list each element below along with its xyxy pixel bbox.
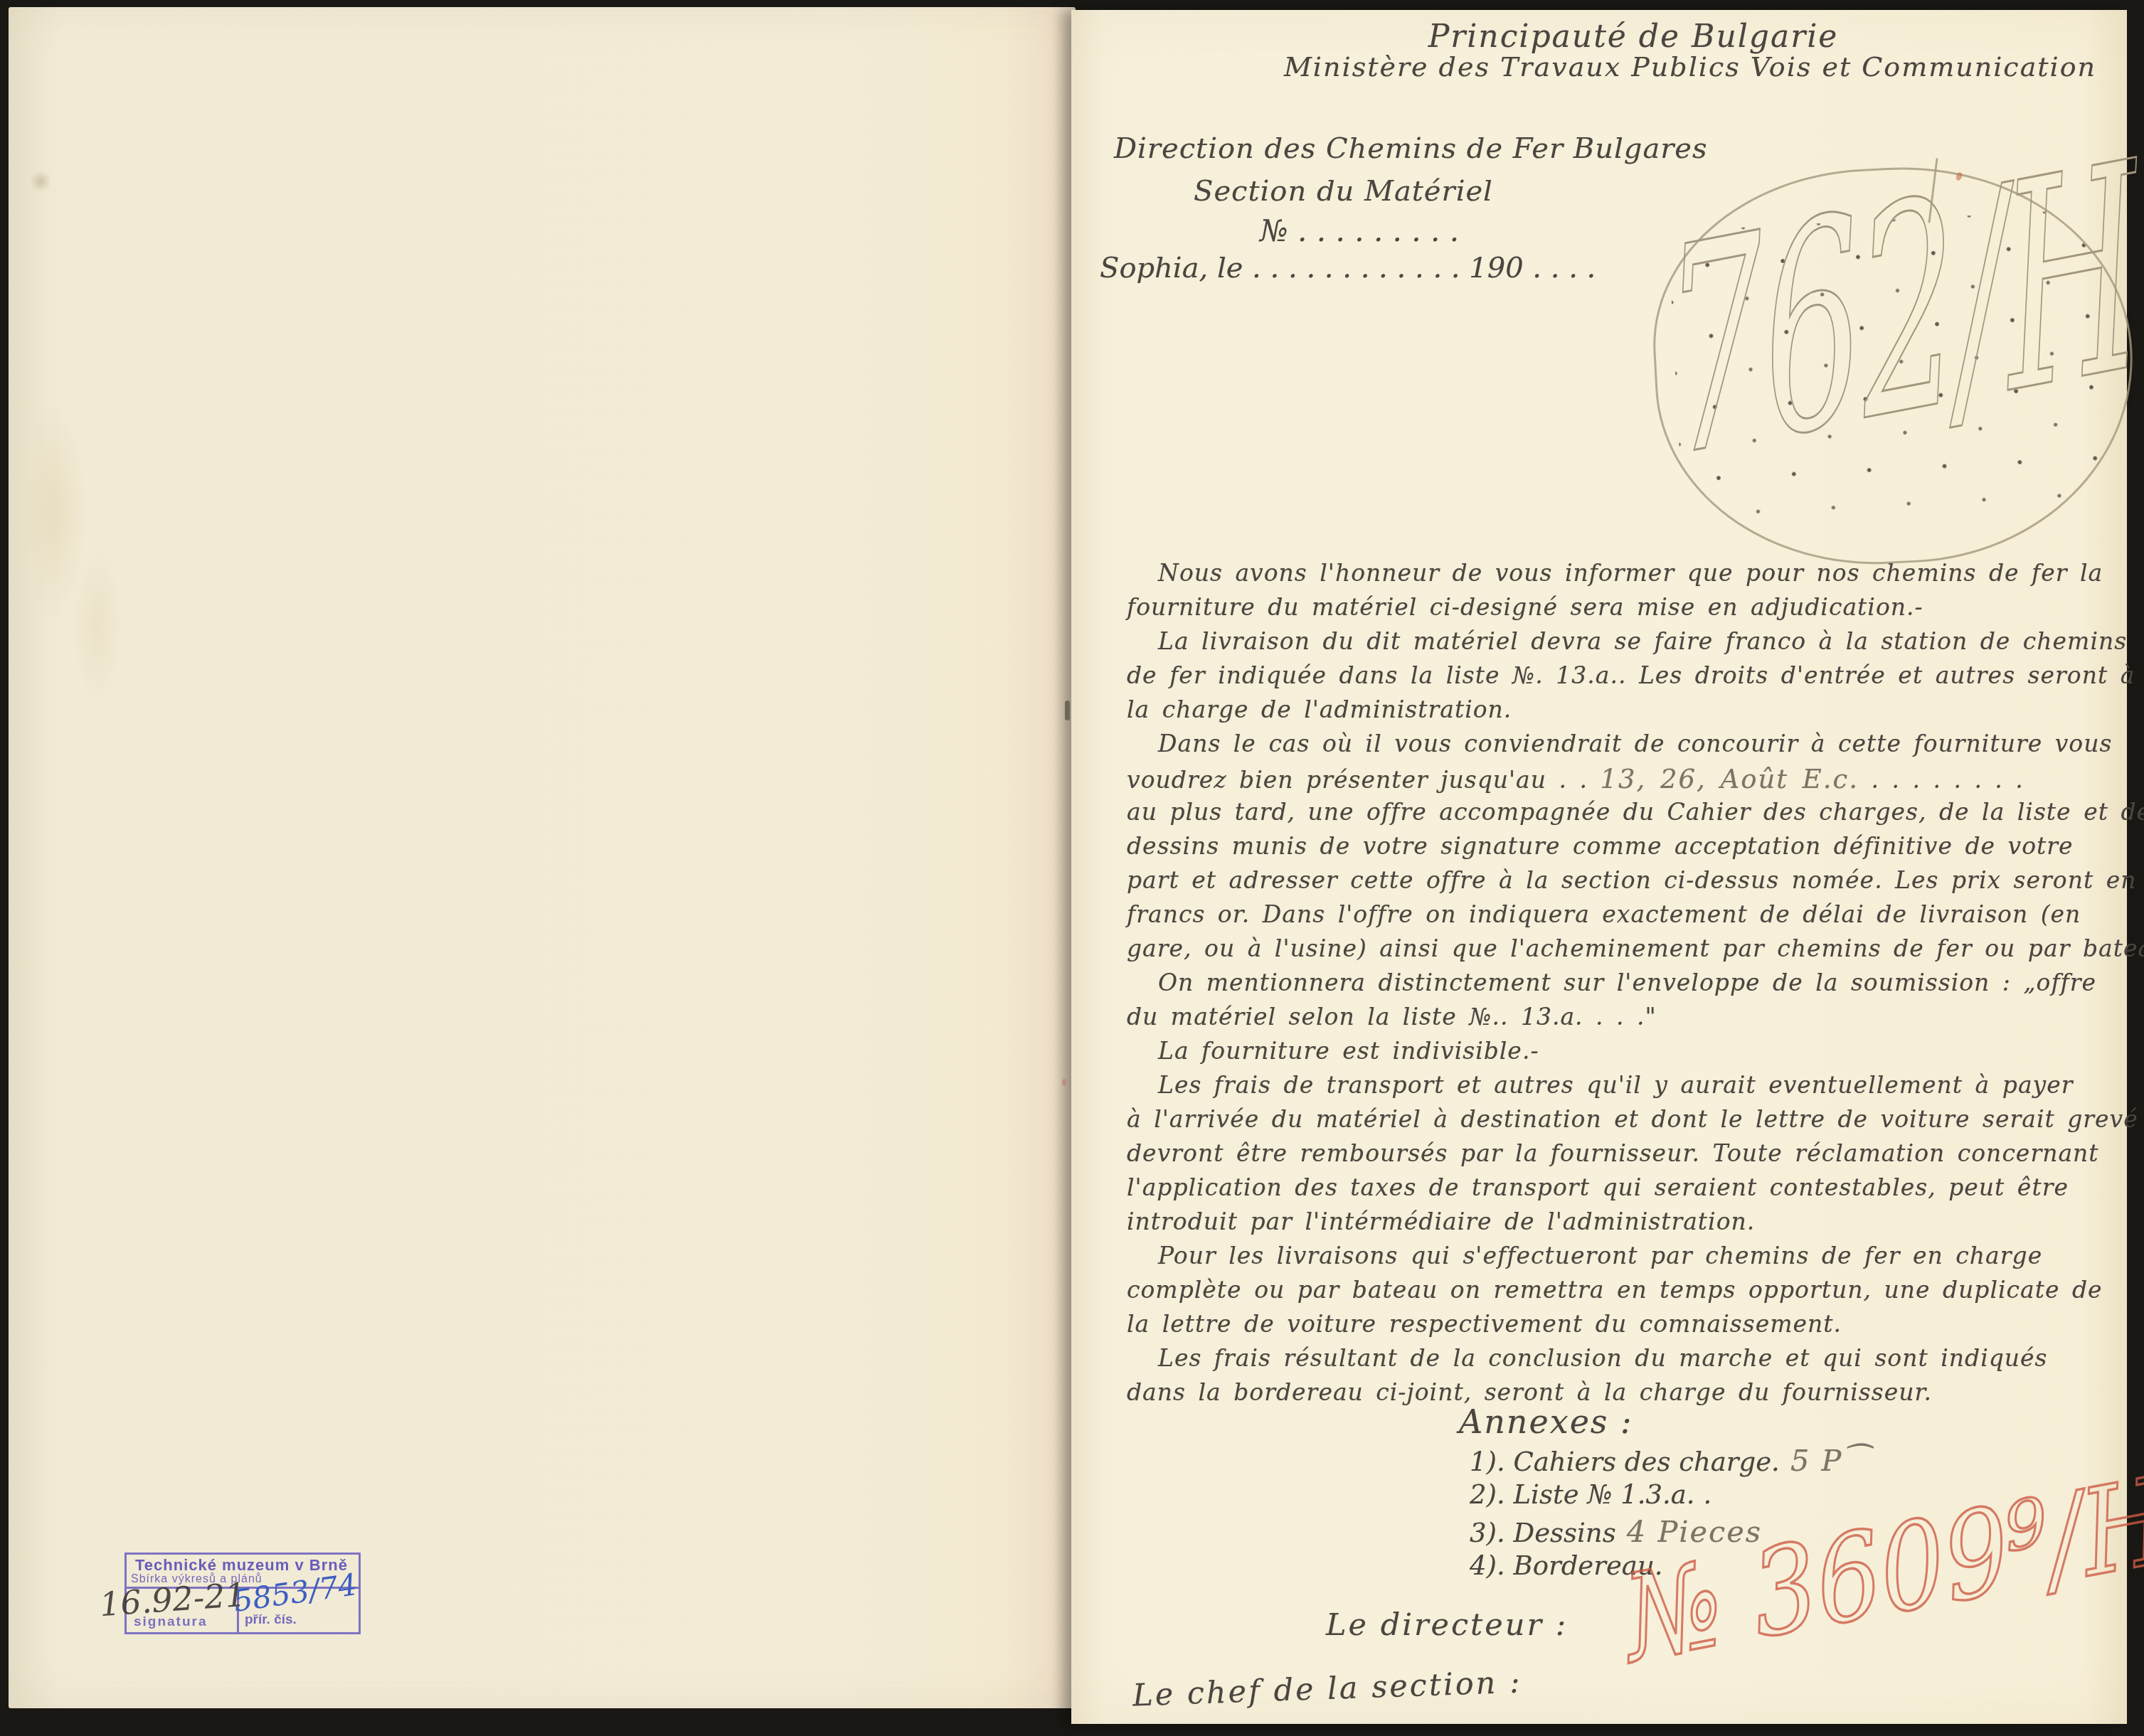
body-line: du matériel selon la liste №.. 13.a. . .… xyxy=(1127,1003,2144,1037)
body-line-part: francs or. Dans l'offre on indiquera exa… xyxy=(1127,900,2081,928)
body-line-part: 5 P⁀ xyxy=(1780,1444,1868,1478)
body-line-part: du matériel selon la liste №.. 13.a. . .… xyxy=(1127,1003,1657,1031)
body-line-part: part et adresser cette offre à la sectio… xyxy=(1127,866,2136,894)
body-line-part: complète ou par bateau on remettra en te… xyxy=(1127,1276,2103,1304)
office-line-2: Section du Matériel xyxy=(1194,175,1493,208)
body-line: Pour les livraisons qui s'effectueront p… xyxy=(1127,1242,2144,1276)
annexes-title: Annexes : xyxy=(1459,1402,1633,1441)
letter-header-country: Principauté de Bulgarie xyxy=(1413,18,1854,55)
page-right-letter: Principauté de Bulgarie Ministère des Tr… xyxy=(1071,10,2127,1724)
body-line: Dans le cas où il vous conviendrait de c… xyxy=(1127,730,2144,764)
body-line-part: l'application des taxes de transport qui… xyxy=(1127,1173,2069,1201)
number-line: № . . . . . . . . . xyxy=(1260,213,1459,248)
page-stain xyxy=(73,548,122,704)
letter-body: Nous avons l'honneur de vous informer qu… xyxy=(1127,559,2144,1412)
body-line-part: la lettre de voiture respectivement du c… xyxy=(1127,1310,1842,1338)
letter-header-ministry: Ministère des Travaux Publics Vois et Co… xyxy=(1278,51,2103,82)
body-line: dans la bordereau ci-joint, seront à la … xyxy=(1127,1378,2144,1412)
body-line: La livraison du dit matériel devra se fa… xyxy=(1127,627,2144,661)
body-line: voudrez bien présenter jusqu'au . . 13, … xyxy=(1127,764,2144,798)
page-stain xyxy=(23,405,87,619)
body-line: Nous avons l'honneur de vous informer qu… xyxy=(1127,559,2144,593)
body-line: l'application des taxes de transport qui… xyxy=(1127,1173,2144,1208)
body-line: fourniture du matériel ci-designé sera m… xyxy=(1127,593,2144,627)
body-line: la lettre de voiture respectivement du c… xyxy=(1127,1310,2144,1344)
body-line-part: introduit par l'intérmédiaire de l'admin… xyxy=(1127,1208,1755,1235)
body-line-part: La livraison du dit matériel devra se fa… xyxy=(1158,627,2127,655)
body-line-part: Les frais résultant de la conclusion du … xyxy=(1158,1344,2048,1372)
page-stain xyxy=(30,171,51,192)
body-line-part: devront être remboursés par la fournisse… xyxy=(1127,1139,2099,1167)
body-line-part: Les frais de transport et autres qu'il y… xyxy=(1158,1071,2074,1099)
body-line: La fourniture est indivisible.- xyxy=(1127,1037,2144,1071)
body-line-part: . . . . . . . . xyxy=(1859,766,2024,794)
body-line-part: la charge de l'administration. xyxy=(1127,696,1512,723)
body-line-part: 2). Liste № 1.3.a. . xyxy=(1470,1479,1712,1510)
body-line: complète ou par bateau on remettra en te… xyxy=(1127,1276,2144,1310)
red-speck xyxy=(1062,1079,1066,1086)
body-line: la charge de l'administration. xyxy=(1127,696,2144,730)
body-line: part et adresser cette offre à la sectio… xyxy=(1127,866,2144,900)
scanned-document: Technické muzeum v Brně Sbírka výkresů a… xyxy=(0,0,2144,1736)
body-line-part: à l'arrivée du matériel à destination et… xyxy=(1127,1105,2138,1133)
body-line-part: 1). Cahiers des charge. xyxy=(1470,1447,1780,1477)
body-line: On mentionnera distinctement sur l'envel… xyxy=(1127,969,2144,1003)
body-line: dessins munis de votre signature comme a… xyxy=(1127,832,2144,866)
body-line: Les frais résultant de la conclusion du … xyxy=(1127,1344,2144,1378)
body-line-part: 3). Dessins xyxy=(1470,1518,1616,1548)
body-line-part: de fer indiquée dans la liste №. 13.a.. … xyxy=(1127,661,2135,689)
body-line-part: fourniture du matériel ci-designé sera m… xyxy=(1127,593,1923,621)
body-line: au plus tard, une offre accompagnée du C… xyxy=(1127,798,2144,832)
director-label: Le directeur : xyxy=(1326,1607,1568,1643)
body-line: à l'arrivée du matériel à destination et… xyxy=(1127,1105,2144,1139)
body-line-part: 13, 26, Août E.c. xyxy=(1600,764,1859,794)
body-line-part: dessins munis de votre signature comme a… xyxy=(1127,832,2074,860)
annex-item: 1). Cahiers des charge. 5 P⁀ xyxy=(1470,1444,1868,1479)
page-left-blank xyxy=(9,7,1076,1708)
body-line: devront être remboursés par la fournisse… xyxy=(1127,1139,2144,1173)
office-line-1: Direction des Chemins de Fer Bulgares xyxy=(1114,132,1708,165)
body-line-part: La fourniture est indivisible.- xyxy=(1158,1037,1539,1065)
body-line: introduit par l'intérmédiaire de l'admin… xyxy=(1127,1208,2144,1242)
body-line: de fer indiquée dans la liste №. 13.a.. … xyxy=(1127,661,2144,696)
body-line-part: au plus tard, une offre accompagnée du C… xyxy=(1127,798,2144,826)
place-date-line: Sophia, le . . . . . . . . . . . . 190 .… xyxy=(1100,252,1596,284)
body-line-part: On mentionnera distinctement sur l'envel… xyxy=(1158,969,2096,996)
body-line-part: Nous avons l'honneur de vous informer qu… xyxy=(1158,559,2103,587)
body-line-part: voudrez bien présenter jusqu'au . . xyxy=(1127,766,1600,794)
annex-item: 2). Liste № 1.3.a. . xyxy=(1470,1479,1868,1515)
body-line-part: Dans le cas où il vous conviendrait de c… xyxy=(1158,730,2112,757)
body-line: francs or. Dans l'offre on indiquera exa… xyxy=(1127,900,2144,934)
body-line: Les frais de transport et autres qu'il y… xyxy=(1127,1071,2144,1105)
seam-pencil-mark xyxy=(1065,701,1070,720)
body-line: gare, ou à l'usine) ainsi que l'achemine… xyxy=(1127,934,2144,969)
registry-circle-number: 762/H xyxy=(1660,126,2144,499)
body-line-part: Pour les livraisons qui s'effectueront p… xyxy=(1158,1242,2042,1269)
body-line-part: gare, ou à l'usine) ainsi que l'achemine… xyxy=(1127,934,2144,962)
section-chief-label: Le chef de la section : xyxy=(1132,1664,1522,1713)
